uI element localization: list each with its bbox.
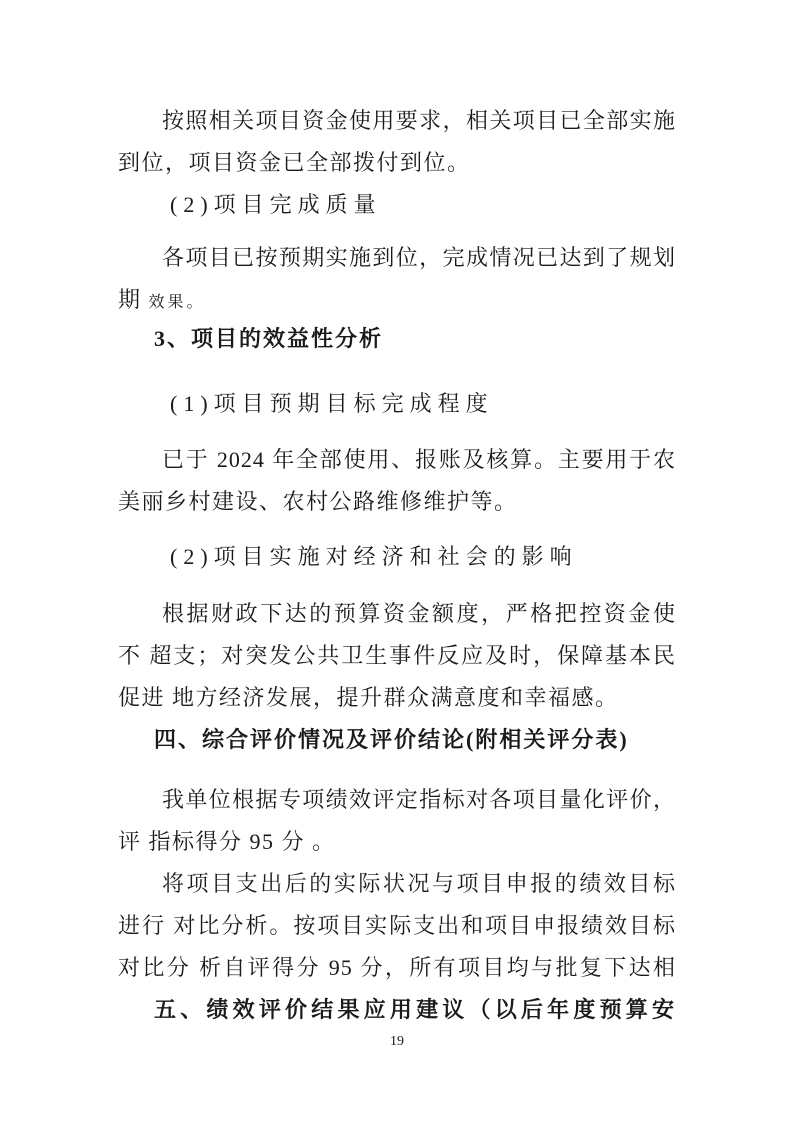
body-line-funding-requirement: 按照相关项目资金使用要求，相关项目已全部实施 [118, 100, 676, 142]
body-line-expected-effect-small: 效果。 [149, 294, 206, 311]
body-line-expected-effect-normal: 期 [118, 287, 149, 312]
document-body: 按照相关项目资金使用要求，相关项目已全部实施 到位，项目资金已全部拨付到位。 (… [118, 100, 676, 1031]
heading-section-5-result-application: 五、绩效评价结果应用建议（以后年度预算安排、评 [118, 989, 676, 1031]
body-line-rural-construction: 美丽乡村建设、农村公路维修维护等。 [118, 481, 676, 523]
body-line-used-2024: 已于 2024 年全部使用、报账及核算。主要用于农村 [118, 439, 676, 481]
body-line-no-overspend: 不 超支；对突发公共卫生事件反应及时，保障基本民生， [118, 635, 676, 677]
subheading-2-completion-quality: (2)项目完成质量 [118, 184, 676, 226]
body-line-budget-control: 根据财政下达的预算资金额度，严格把控资金使用， [118, 593, 676, 635]
subheading-1-expected-goal: (1)项目预期目标完成程度 [118, 383, 676, 425]
subheading-2-economic-social-impact: (2)项目实施对经济和社会的影响 [118, 536, 676, 578]
body-line-funding-allocated: 到位，项目资金已全部拨付到位。 [118, 142, 676, 184]
body-line-quantitative-evaluation: 我单位根据专项绩效评定指标对各项目量化评价，自 [118, 779, 676, 821]
heading-section-3-benefit-analysis: 3、项目的效益性分析 [118, 318, 676, 360]
body-line-completion-status: 各项目已按预期实施到位，完成情况已达到了规划预 [118, 237, 676, 279]
body-line-actual-vs-declared: 将项目支出后的实际状况与项目申报的绩效目标 [118, 863, 676, 905]
body-line-comparison-analysis: 进行 对比分析。按项目实际支出和项目申报绩效目标进行 [118, 905, 676, 947]
page-number: 19 [118, 1032, 676, 1052]
body-line-promote-economy: 促进 地方经济发展，提升群众满意度和幸福感。 [118, 677, 676, 719]
heading-section-4-comprehensive-evaluation: 四、综合评价情况及评价结论(附相关评分表) [118, 719, 676, 761]
document-page: 按照相关项目资金使用要求，相关项目已全部实施 到位，项目资金已全部拨付到位。 (… [0, 0, 793, 1122]
body-line-self-score-95: 评 指标得分 95 分 。 [118, 821, 676, 863]
body-line-expected-effect: 期 效果。 [118, 279, 676, 321]
body-line-score-95-conform: 对比分 析自评得分 95 分，所有项目均与批复下达相符。 [118, 947, 676, 989]
